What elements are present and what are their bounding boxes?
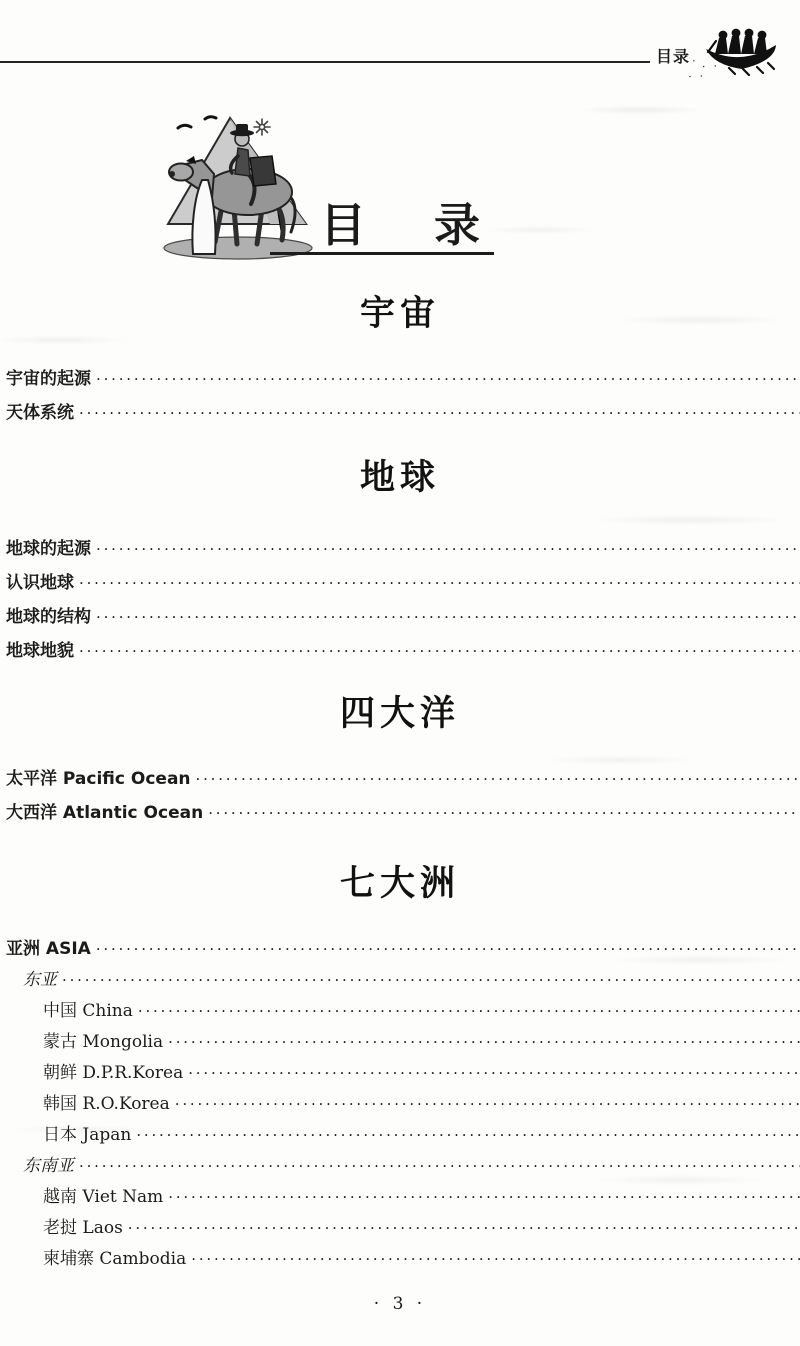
dot-leader	[79, 642, 800, 660]
toc-entry: 大西洋 Atlantic Ocean 36	[6, 804, 800, 822]
toc-entry: 认识地球 16	[6, 574, 800, 592]
section-title: 七大洲	[0, 858, 800, 910]
toc-entry-label: 大西洋 Atlantic Ocean	[6, 804, 203, 822]
book-toc-page: 目录	[0, 0, 800, 1346]
toc-section: 地球 地球的起源 16 认识地球 16 地球的结构 16 地球地貌 19 地球的…	[0, 452, 800, 676]
toc-entry-label: 中国 China	[43, 1002, 133, 1020]
toc-columns: 太平洋 Pacific Ocean 34 大西洋 Atlantic Ocean …	[0, 770, 800, 838]
toc-entry: 韩国 R.O.Korea 57	[6, 1095, 800, 1113]
toc-entry-label: 东南亚	[23, 1157, 74, 1175]
dot-leader	[128, 1219, 800, 1237]
dot-leader	[138, 1002, 800, 1020]
dot-leader	[79, 404, 800, 422]
dot-leader	[96, 940, 800, 958]
toc-entry-label: 韩国 R.O.Korea	[43, 1095, 170, 1113]
toc-entry-label: 地球的起源	[6, 540, 91, 558]
toc-entry: 天体系统 3	[6, 404, 800, 422]
dot-leader	[96, 540, 800, 558]
toc-column: 太平洋 Pacific Ocean 34 大西洋 Atlantic Ocean …	[6, 770, 800, 838]
toc-entry-label: 太平洋 Pacific Ocean	[6, 770, 191, 788]
toc-entry-label: 地球的结构	[6, 608, 91, 626]
toc-entry: 地球地貌 19	[6, 642, 800, 660]
toc-column: 亚洲 ASIA 44 东亚 48 中国 China 48 蒙古 Mongolia…	[6, 940, 800, 1281]
page-number: · 3 ·	[0, 1294, 800, 1314]
running-head-label: 目录	[656, 44, 690, 67]
section-title: 地球	[0, 452, 800, 504]
toc-section: 七大洲 亚洲 ASIA 44 东亚 48 中国 China 48 蒙古 Mong…	[0, 858, 800, 1281]
dot-leader	[196, 770, 800, 788]
dot-leader	[191, 1250, 800, 1268]
dot-leader	[79, 1157, 800, 1175]
toc-entry-label: 东亚	[23, 971, 57, 989]
toc-entry: 东南亚 63	[6, 1157, 800, 1175]
dot-leader	[79, 574, 800, 592]
toc-entry: 地球的起源 16	[6, 540, 800, 558]
toc-columns: 亚洲 ASIA 44 东亚 48 中国 China 48 蒙古 Mongolia…	[0, 940, 800, 1281]
toc-column: 宇宙的起源 2 天体系统 3	[6, 370, 800, 438]
toc-entry: 亚洲 ASIA 44	[6, 940, 800, 958]
toc-entry: 朝鲜 D.P.R.Korea 55	[6, 1064, 800, 1082]
running-head-rule	[0, 61, 650, 63]
toc-entry: 太平洋 Pacific Ocean 34	[6, 770, 800, 788]
dot-leader	[62, 971, 800, 989]
dot-leader	[96, 370, 800, 388]
camel-rider-pyramid-illustration	[158, 106, 326, 266]
toc-entry: 蒙古 Mongolia 53	[6, 1033, 800, 1051]
toc-entry-label: 蒙古 Mongolia	[43, 1033, 163, 1051]
toc-columns: 宇宙的起源 2 天体系统 3 星球 6 天文常识 11	[0, 370, 800, 438]
toc-section: 四大洋 太平洋 Pacific Ocean 34 大西洋 Atlantic Oc…	[0, 688, 800, 838]
title-underline	[270, 252, 494, 255]
toc-column: 地球的起源 16 认识地球 16 地球的结构 16 地球地貌 19	[6, 540, 800, 676]
toc-entry-label: 柬埔寨 Cambodia	[43, 1250, 186, 1268]
dot-leader	[96, 608, 800, 626]
dot-leader	[168, 1033, 800, 1051]
section-title: 四大洋	[0, 688, 800, 740]
toc-entry: 越南 Viet Nam 63	[6, 1188, 800, 1206]
page-title: 目 录	[320, 189, 506, 255]
toc-entry: 老挝 Laos 66	[6, 1219, 800, 1237]
toc-entry-label: 越南 Viet Nam	[43, 1188, 163, 1206]
toc-entry-label: 天体系统	[6, 404, 74, 422]
toc-section: 宇宙 宇宙的起源 2 天体系统 3 星球 6 天文常识 11	[0, 288, 800, 438]
toc-entry-label: 朝鲜 D.P.R.Korea	[43, 1064, 183, 1082]
toc-entry-label: 亚洲 ASIA	[6, 940, 91, 958]
toc-entry-label: 宇宙的起源	[6, 370, 91, 388]
toc-entry-label: 老挝 Laos	[43, 1219, 123, 1237]
rowing-boat-icon	[702, 24, 780, 80]
toc-entry-label: 认识地球	[6, 574, 74, 592]
toc-columns: 地球的起源 16 认识地球 16 地球的结构 16 地球地貌 19 地球的环境、…	[0, 540, 800, 676]
toc-entry-label: 日本 Japan	[43, 1126, 131, 1144]
section-title: 宇宙	[0, 288, 800, 340]
dot-leader	[188, 1064, 800, 1082]
dot-leader	[136, 1126, 800, 1144]
dot-leader	[208, 804, 800, 822]
toc-entry: 东亚 48	[6, 971, 800, 989]
toc-entry: 日本 Japan 60	[6, 1126, 800, 1144]
toc-entry: 中国 China 48	[6, 1002, 800, 1020]
toc-entry-label: 地球地貌	[6, 642, 74, 660]
toc-entry: 地球的结构 16	[6, 608, 800, 626]
dot-leader	[175, 1095, 800, 1113]
toc-entry: 宇宙的起源 2	[6, 370, 800, 388]
toc-entry: 柬埔寨 Cambodia 67	[6, 1250, 800, 1268]
dot-leader	[168, 1188, 800, 1206]
